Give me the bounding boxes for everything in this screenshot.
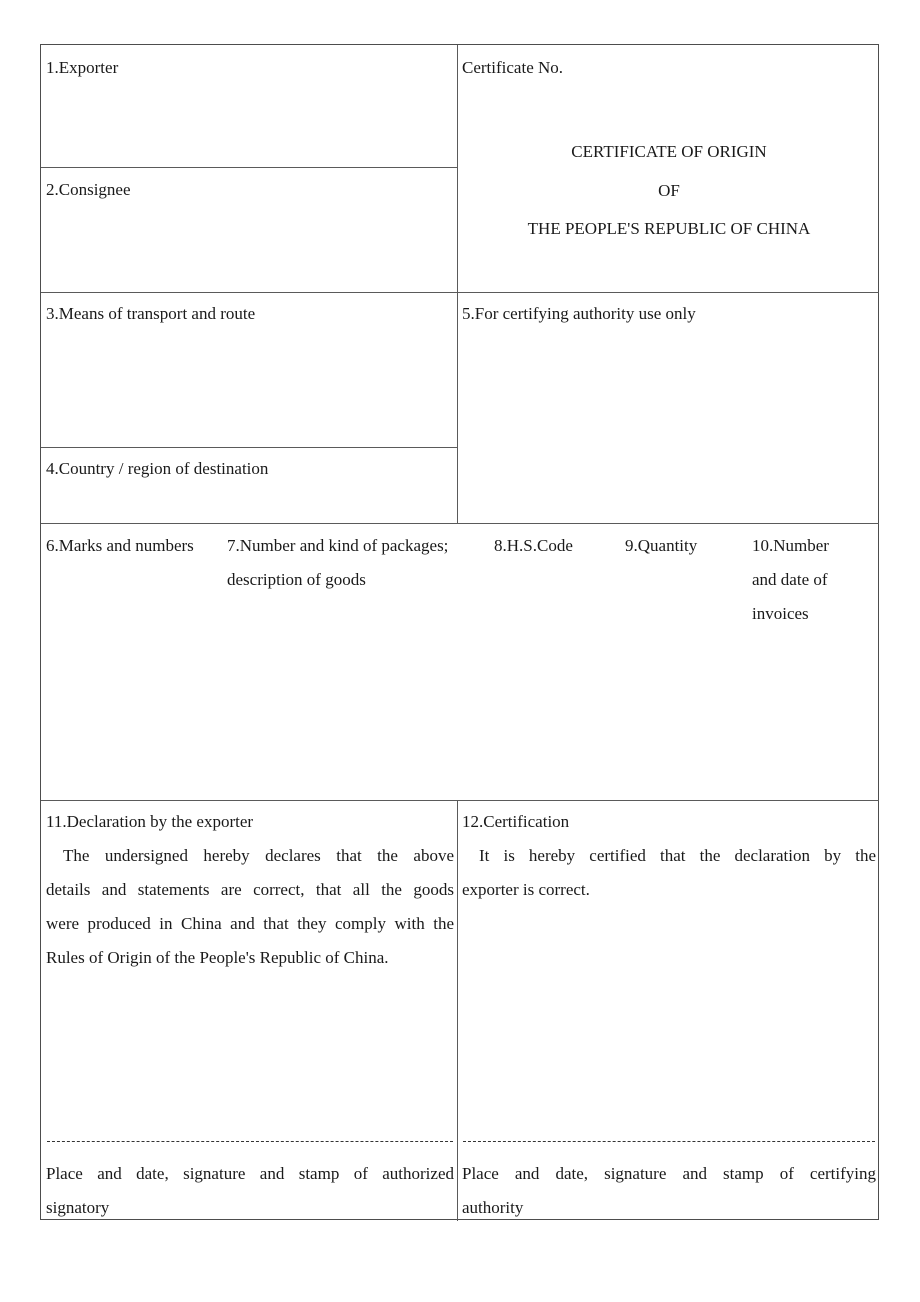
declaration-line-4: Rules of Origin of the People's Republic… <box>46 941 454 975</box>
center-divider-top <box>457 45 458 523</box>
certification-line-1: It is hereby certified that the declarat… <box>462 839 876 873</box>
declaration-text: The undersigned hereby declares that the… <box>46 839 454 975</box>
certification-label: 12.Certification <box>462 812 569 832</box>
invoices-label-line-3: invoices <box>752 604 809 624</box>
invoices-field[interactable] <box>748 627 877 797</box>
document-title-line-1: CERTIFICATE OF ORIGIN <box>459 142 879 162</box>
declaration-line-2: details and statements are correct, that… <box>46 873 454 907</box>
certificate-of-origin-form: 1.Exporter 2.Consignee Certificate No. C… <box>40 44 879 1220</box>
authority-use-label: 5.For certifying authority use only <box>462 304 696 324</box>
certification-text: It is hereby certified that the declarat… <box>462 839 876 907</box>
authority-signature-caption-line-2: authority <box>462 1198 523 1218</box>
authority-use-field[interactable] <box>459 331 877 521</box>
divider-row-4 <box>41 800 879 801</box>
exporter-signature-line <box>47 1141 453 1142</box>
destination-label: 4.Country / region of destination <box>46 459 268 479</box>
invoices-label-line-2: and date of <box>752 570 828 590</box>
declaration-label: 11.Declaration by the exporter <box>46 812 253 832</box>
declaration-line-1-text: The undersigned hereby declares that the… <box>63 839 454 873</box>
divider-row-3 <box>41 523 879 524</box>
hs-code-field[interactable] <box>490 627 620 797</box>
marks-field[interactable] <box>42 627 222 797</box>
invoices-label-line-1: 10.Number <box>752 536 829 556</box>
hs-code-label: 8.H.S.Code <box>494 536 573 556</box>
marks-label: 6.Marks and numbers <box>46 536 194 556</box>
declaration-line-3: were produced in China and that they com… <box>46 907 454 941</box>
quantity-label: 9.Quantity <box>625 536 697 556</box>
certification-line-2: exporter is correct. <box>462 873 876 907</box>
packages-label-line-2: description of goods <box>227 570 366 590</box>
consignee-field[interactable] <box>42 207 456 290</box>
document-title-line-3: THE PEOPLE'S REPUBLIC OF CHINA <box>459 219 879 239</box>
packages-label-line-1: 7.Number and kind of packages; <box>227 536 448 556</box>
transport-label: 3.Means of transport and route <box>46 304 255 324</box>
declaration-line-1: The undersigned hereby declares that the… <box>46 839 454 873</box>
certificate-no-label: Certificate No. <box>462 58 563 78</box>
quantity-field[interactable] <box>621 627 747 797</box>
authority-signature-line <box>463 1141 875 1142</box>
consignee-label: 2.Consignee <box>46 180 131 200</box>
authority-signature-caption-line-1: Place and date, signature and stamp of c… <box>462 1164 876 1184</box>
divider-exporter-consignee <box>41 167 458 168</box>
exporter-signature-caption-line-2: signatory <box>46 1198 109 1218</box>
divider-transport-destination <box>41 447 458 448</box>
exporter-signature-caption-line-1: Place and date, signature and stamp of a… <box>46 1164 454 1184</box>
certification-line-1-text: It is hereby certified that the declarat… <box>479 839 876 873</box>
exporter-signature-area[interactable] <box>42 975 456 1135</box>
divider-row-2 <box>41 292 879 293</box>
destination-field[interactable] <box>291 451 455 521</box>
transport-field[interactable] <box>42 331 456 445</box>
exporter-label: 1.Exporter <box>46 58 118 78</box>
center-divider-bottom <box>457 800 458 1221</box>
document-title-line-2: OF <box>459 181 879 201</box>
exporter-field[interactable] <box>42 85 456 165</box>
packages-field[interactable] <box>223 627 489 797</box>
authority-signature-area[interactable] <box>459 915 877 1135</box>
certificate-no-field[interactable] <box>601 53 871 81</box>
